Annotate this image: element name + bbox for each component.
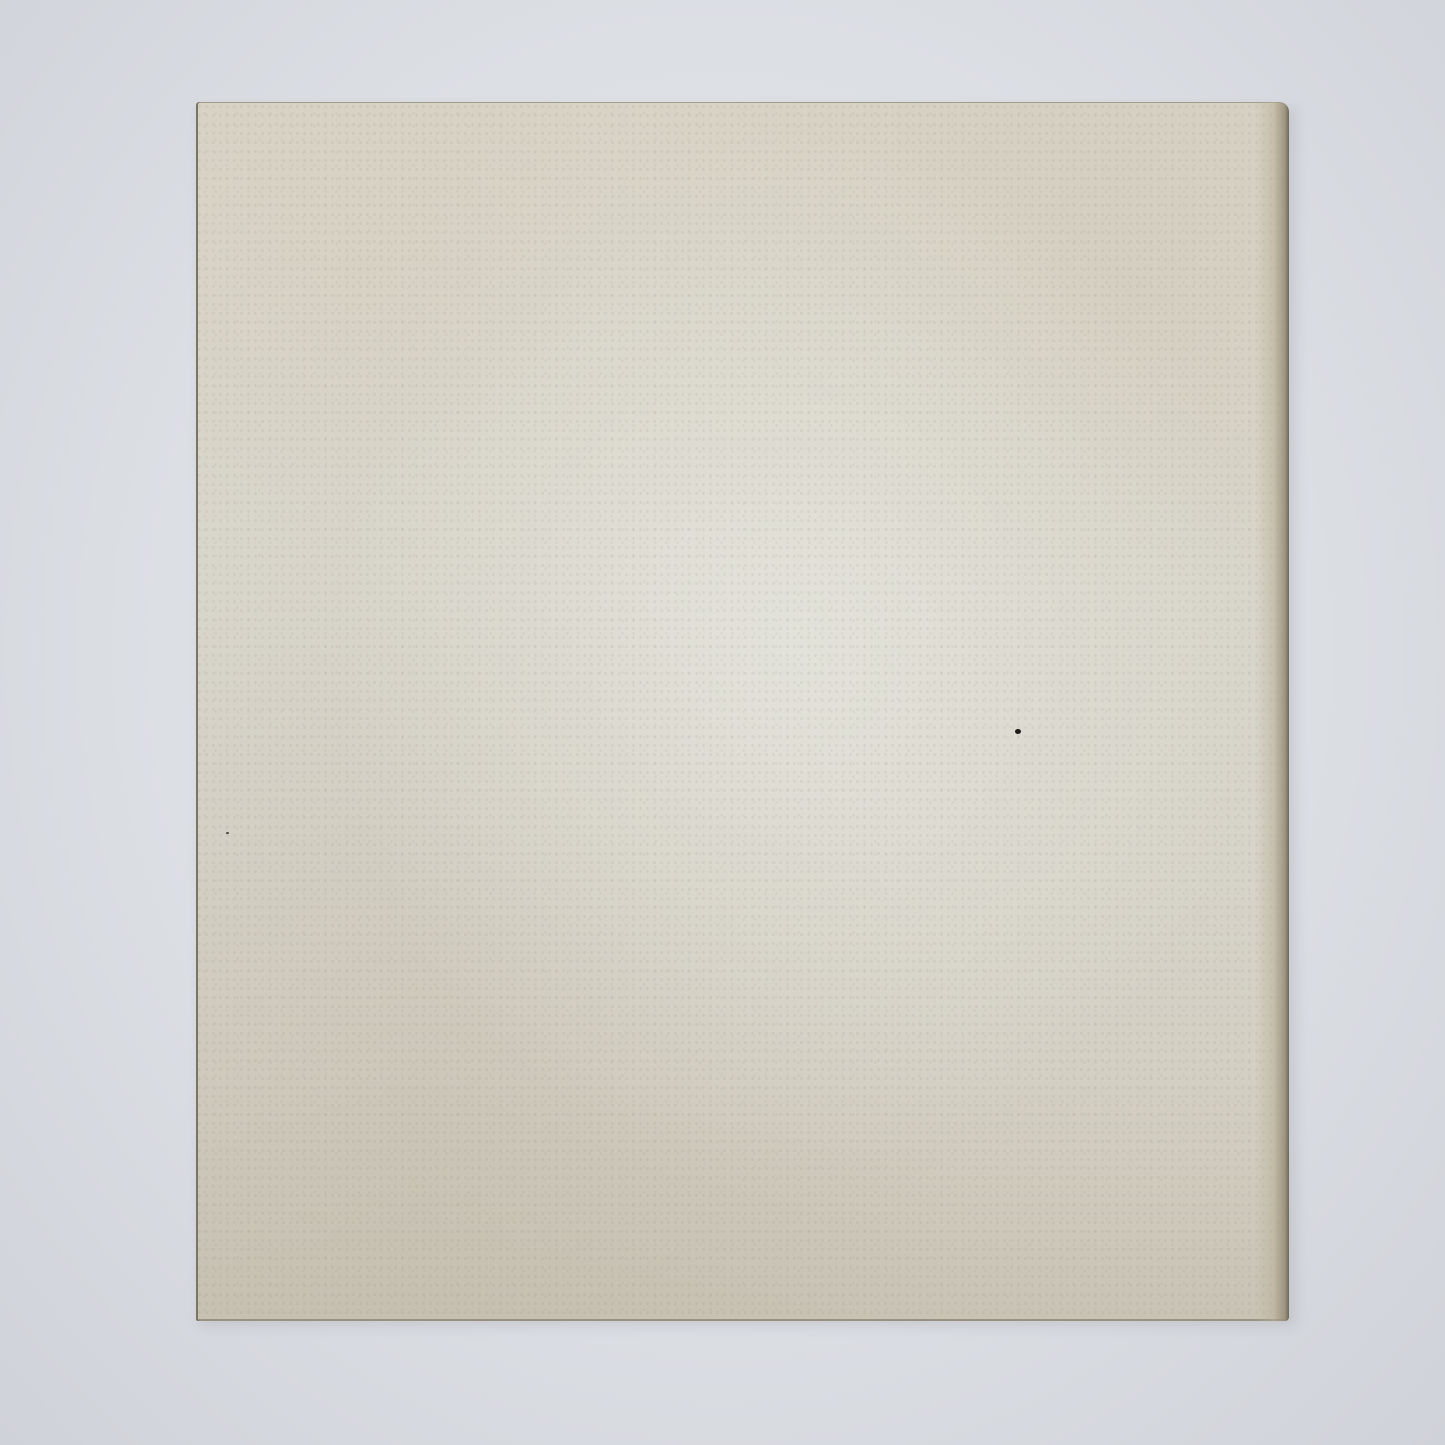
booklet-back-cover <box>196 102 1289 1321</box>
paper-texture <box>196 102 1289 1321</box>
ink-speck-small <box>226 832 229 834</box>
booklet-spine-edge <box>1255 102 1289 1321</box>
ink-speck <box>1015 729 1021 734</box>
